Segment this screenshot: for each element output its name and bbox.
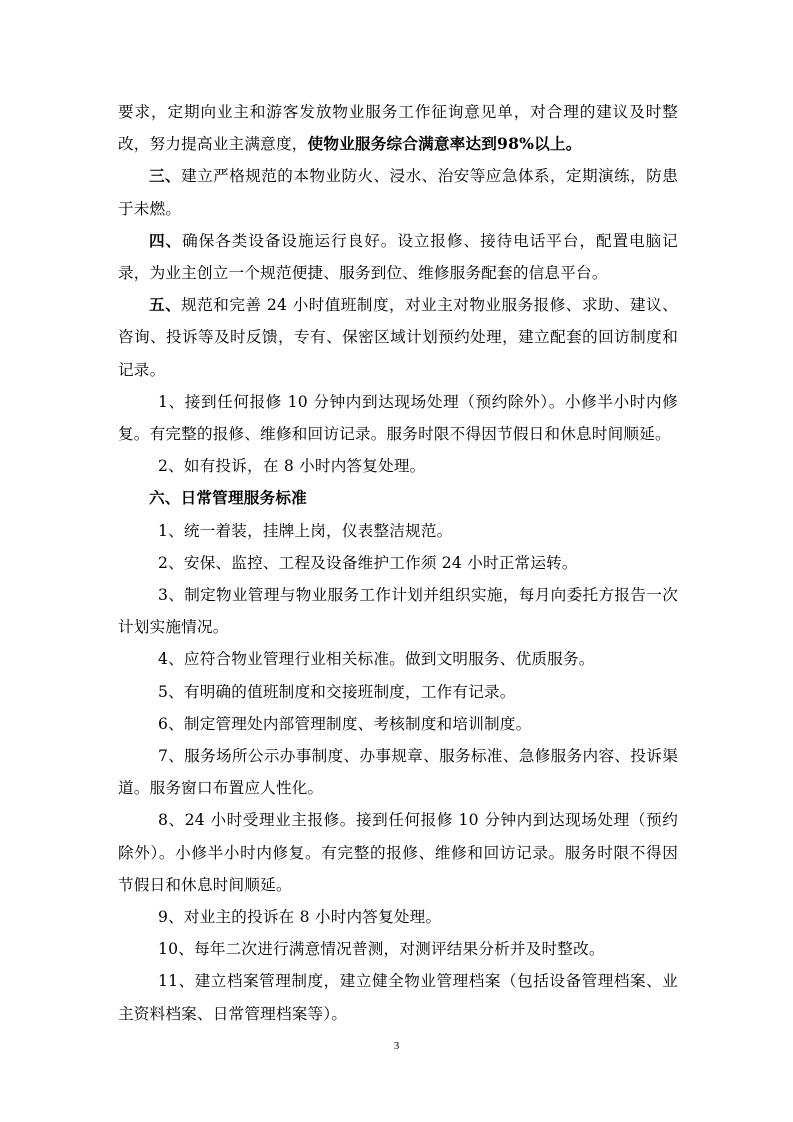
section-three: 三、建立严格规范的本物业防火、浸水、治安等应急体系，定期演练，防患于未燃。 (118, 160, 678, 224)
section-six-heading: 六、日常管理服务标准 (118, 482, 678, 514)
document-page: 要求，定期向业主和游客发放物业服务工作征询意见单，对合理的建议及时整改，努力提高… (118, 96, 678, 1030)
satisfaction-target-bold: 使物业服务综合满意率达到98%以上。 (308, 134, 582, 153)
section-text: 确保各类设备设施运行良好。设立报修、接待电话平台，配置电脑记录，为业主创立一个规… (118, 232, 678, 282)
section-five: 五、规范和完善 24 小时值班制度，对业主对物业服务报修、求助、建议、咨询、投诉… (118, 289, 678, 386)
list-item: 5、有明确的值班制度和交接班制度，工作有记录。 (118, 676, 678, 708)
list-item: 2、安保、监控、工程及设备维护工作须 24 小时正常运转。 (118, 547, 678, 579)
list-item: 8、24 小时受理业主报修。接到任何报修 10 分钟内到达现场处理（预约除外）。… (118, 804, 678, 901)
list-item: 9、对业主的投诉在 8 小时内答复处理。 (118, 901, 678, 933)
list-item: 4、应符合物业管理行业相关标准。做到文明服务、优质服务。 (118, 643, 678, 675)
list-item: 10、每年二次进行满意情况普测，对测评结果分析并及时整改。 (118, 933, 678, 965)
section-number: 四、 (149, 231, 182, 250)
list-item: 1、接到任何报修 10 分钟内到达现场处理（预约除外）。小修半小时内修复。有完整… (118, 386, 678, 450)
section-text: 建立严格规范的本物业防火、浸水、治安等应急体系，定期演练，防患于未燃。 (118, 167, 678, 217)
list-item: 2、如有投诉，在 8 小时内答复处理。 (118, 450, 678, 482)
list-item: 1、统一着装，挂牌上岗，仪表整洁规范。 (118, 515, 678, 547)
list-item: 3、制定物业管理与物业服务工作计划并组织实施，每月向委托方报告一次计划实施情况。 (118, 579, 678, 643)
section-text: 规范和完善 24 小时值班制度，对业主对物业服务报修、求助、建议、咨询、投诉等及… (118, 296, 678, 378)
section-number: 五、 (149, 295, 181, 314)
list-item: 6、制定管理处内部管理制度、考核制度和培训制度。 (118, 708, 678, 740)
list-item: 7、服务场所公示办事制度、办事规章、服务标准、急修服务内容、投诉渠道。服务窗口布… (118, 740, 678, 804)
list-item: 11、建立档案管理制度，建立健全物业管理档案（包括设备管理档案、业主资料档案、日… (118, 965, 678, 1029)
section-four: 四、确保各类设备设施运行良好。设立报修、接待电话平台，配置电脑记录，为业主创立一… (118, 225, 678, 289)
section-number: 三、 (149, 166, 181, 185)
page-number: 3 (0, 1040, 793, 1052)
paragraph-satisfaction: 要求，定期向业主和游客发放物业服务工作征询意见单，对合理的建议及时整改，努力提高… (118, 96, 678, 160)
